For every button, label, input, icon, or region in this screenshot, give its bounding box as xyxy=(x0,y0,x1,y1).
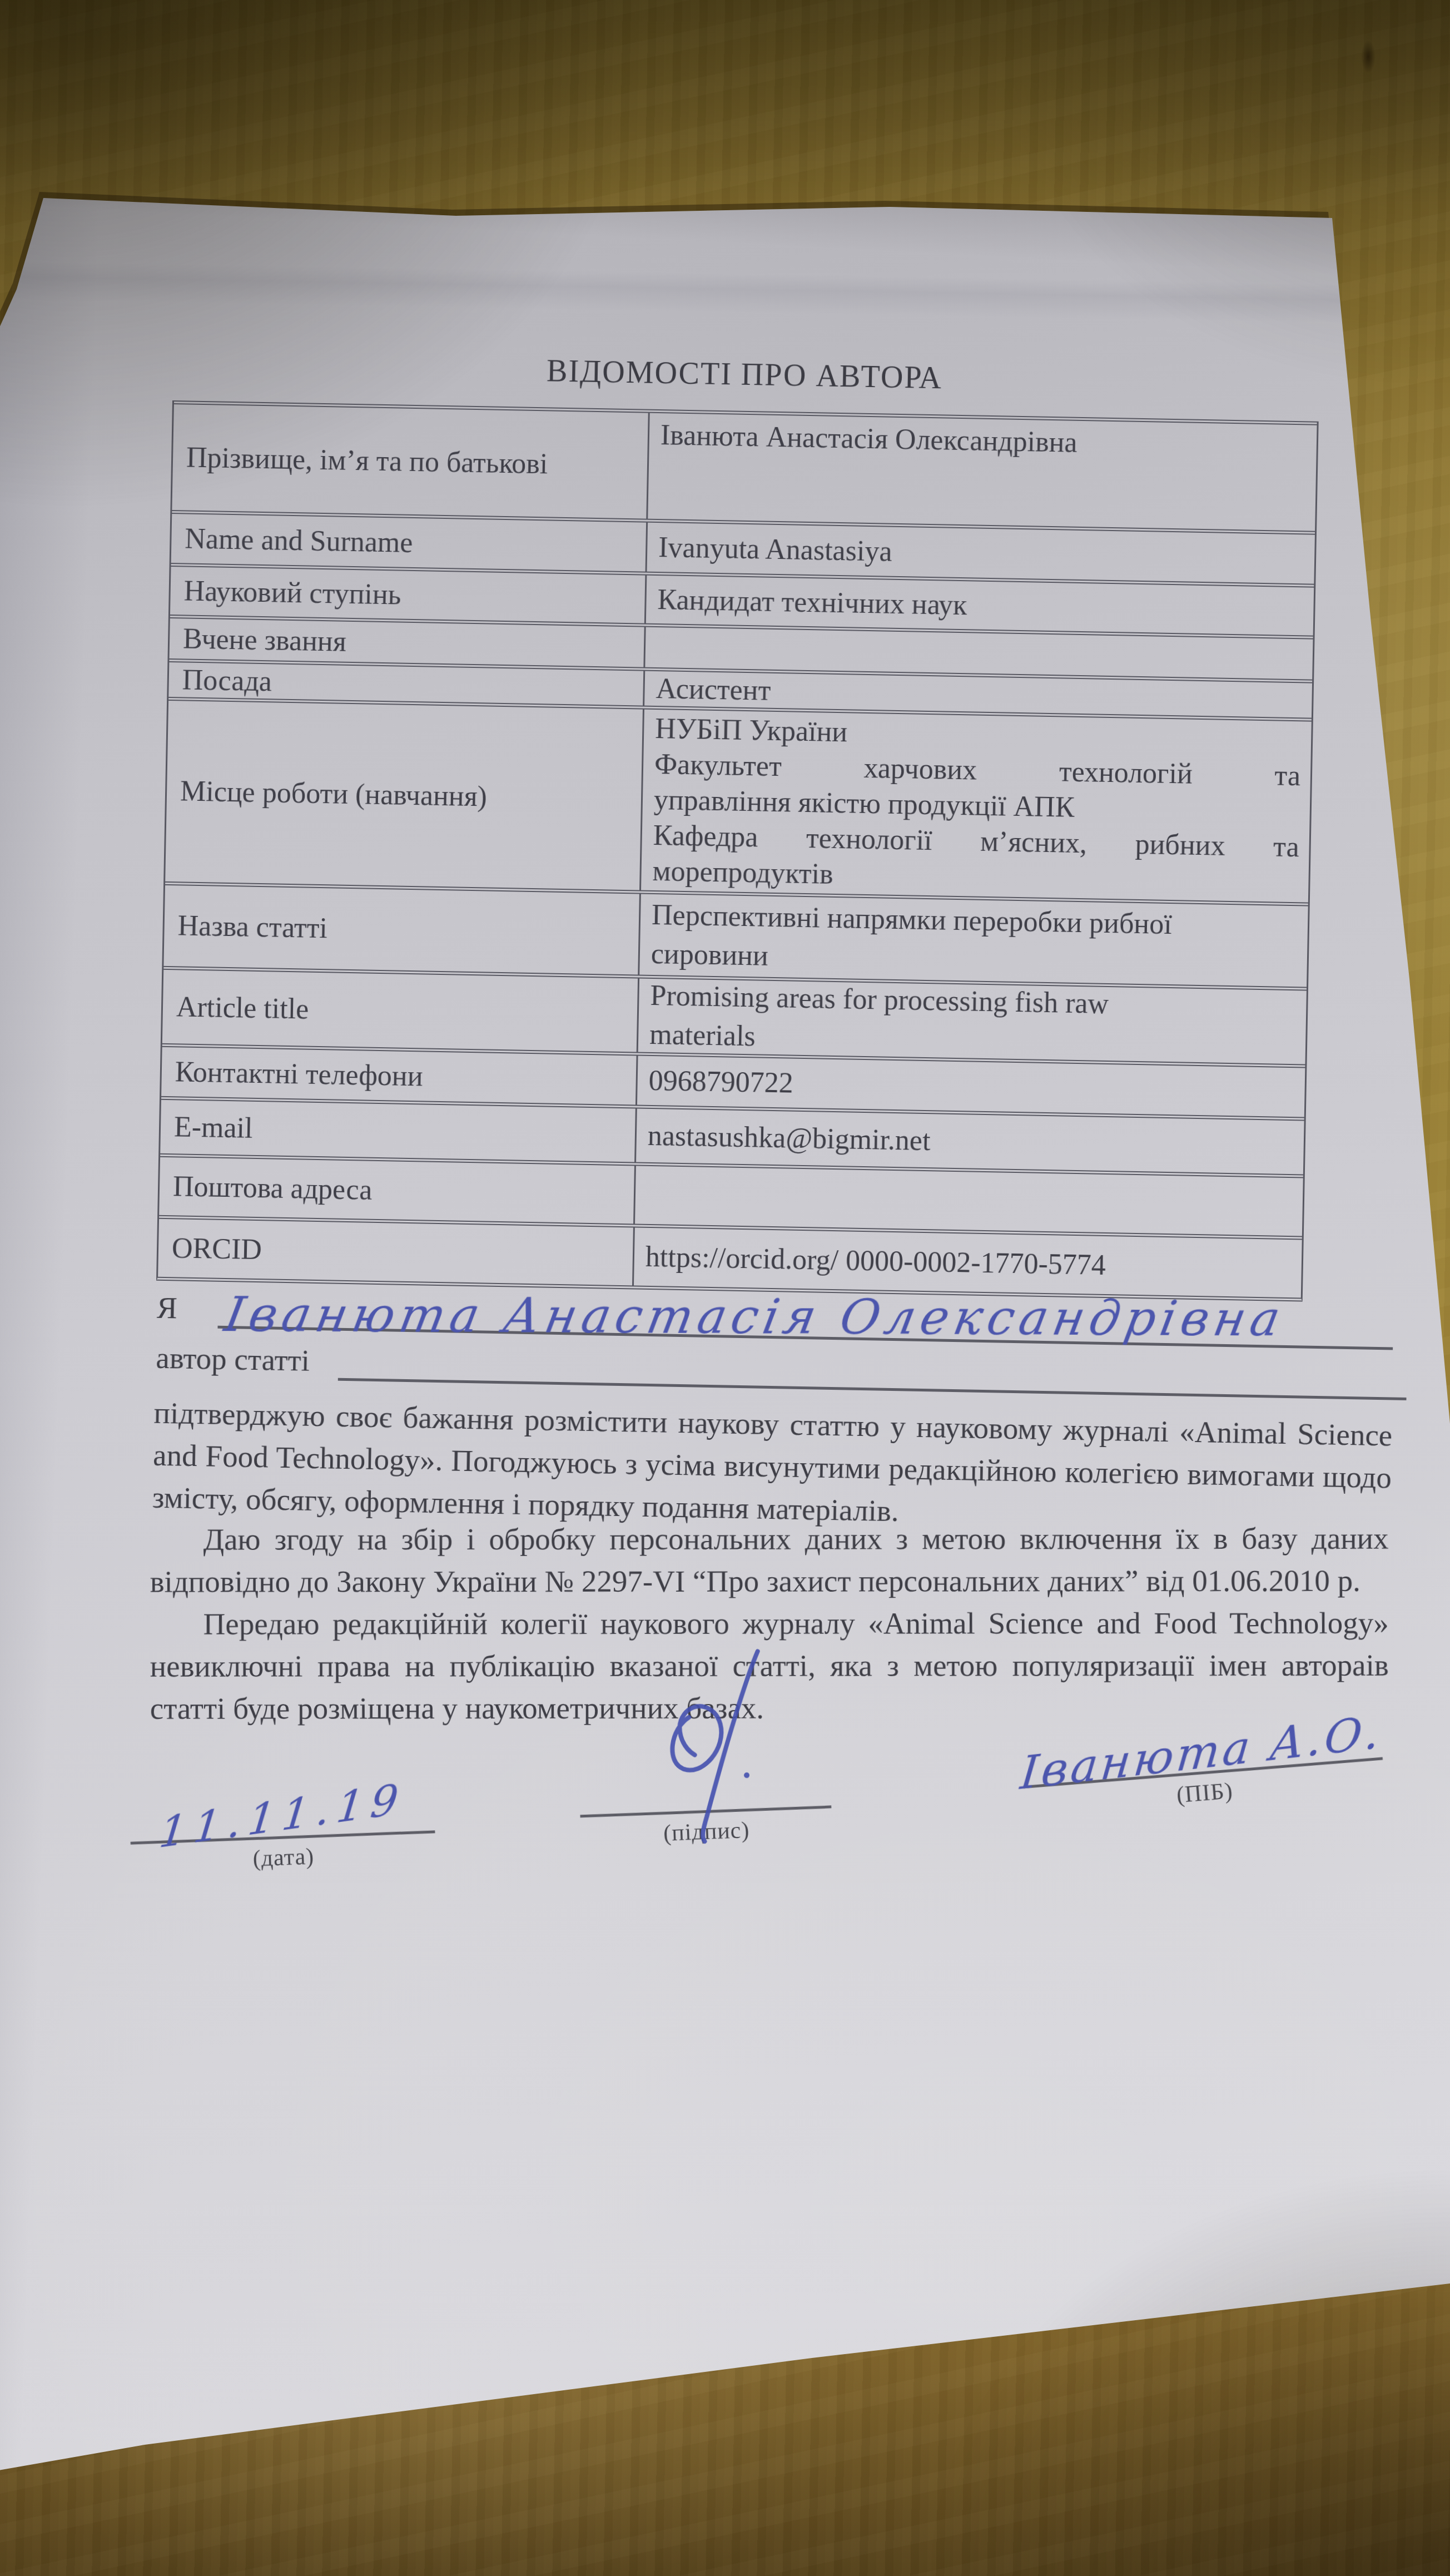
handwritten-author-name: Іванюта Анастасія Олександрівна xyxy=(221,1287,1289,1347)
signature-stroke-icon xyxy=(633,1642,818,1849)
row-value: Promising areas for processing fish raw … xyxy=(638,979,1307,1064)
row-label: Name and Surname xyxy=(171,514,648,572)
value-text: Кандидат технічних наук xyxy=(657,583,1304,628)
table-row: Прізвище, ім’я та по батькові Іванюта Ан… xyxy=(172,400,1317,531)
row-label: Місце роботи (навчання) xyxy=(165,701,644,890)
row-value: Іванюта Анастасія Олександрівна xyxy=(648,413,1317,531)
signature-row: 11.11.19 (дата) xyxy=(147,1713,1399,1944)
value-text xyxy=(657,647,1303,659)
row-label: Прізвище, ім’я та по батькові xyxy=(172,404,649,519)
row-label: Назва статті xyxy=(163,885,641,975)
author-of-article-label: автор статті xyxy=(156,1340,310,1378)
table-row: Місце роботи (навчання) НУБіП України Фа… xyxy=(165,697,1312,903)
fill-in-line xyxy=(338,1378,1407,1400)
author-info-table: Прізвище, ім’я та по батькові Іванюта Ан… xyxy=(156,400,1319,1302)
row-value: https://orcid.org/ 0000-0002-1770-5774 xyxy=(634,1227,1302,1297)
value-text: https://orcid.org/ 0000-0002-1770-5774 xyxy=(645,1240,1292,1285)
row-value: НУБіП України Факультет харчових техноло… xyxy=(641,710,1312,903)
paper-sheet: ВІДОМОСТІ ПРО АВТОРА Прізвище, ім’я та п… xyxy=(0,0,1450,2576)
value-text: nastasushka@bigmir.net xyxy=(647,1119,1294,1163)
value-text: 0968790722 xyxy=(648,1064,1295,1108)
declaration-paragraph-2: Даю згоду на збір і обробку персональних… xyxy=(150,1518,1389,1603)
row-label: E-mail xyxy=(160,1100,637,1162)
value-text: Ivanyuta Anastasiya xyxy=(658,531,1305,576)
signature-field: (підпис) xyxy=(570,1734,841,1850)
row-label: Поштова адреса xyxy=(159,1157,636,1224)
row-label: Контактні телефони xyxy=(161,1047,638,1105)
date-caption: (дата) xyxy=(252,1843,315,1872)
row-label: Науковий ступінь xyxy=(170,567,647,623)
row-value xyxy=(635,1166,1303,1236)
row-label: ORCID xyxy=(158,1219,635,1286)
photo-scene: ВІДОМОСТІ ПРО АВТОРА Прізвище, ім’я та п… xyxy=(0,0,1450,2576)
date-field: 11.11.19 (дата) xyxy=(119,1759,445,1877)
i-word: Я xyxy=(157,1290,178,1326)
row-value: Перспективні напрямки переробки рибної с… xyxy=(639,894,1308,987)
value-text xyxy=(647,1195,1293,1207)
page-title: ВІДОМОСТІ ПРО АВТОРА xyxy=(173,347,1367,403)
document-content: ВІДОМОСТІ ПРО АВТОРА Прізвище, ім’я та п… xyxy=(144,340,1418,1966)
wood-knot xyxy=(1361,40,1375,73)
name-caption: (ПІБ) xyxy=(1175,1777,1234,1809)
row-label: Article title xyxy=(162,970,639,1052)
value-text: Іванюта Анастасія Олександрівна xyxy=(660,419,1307,463)
